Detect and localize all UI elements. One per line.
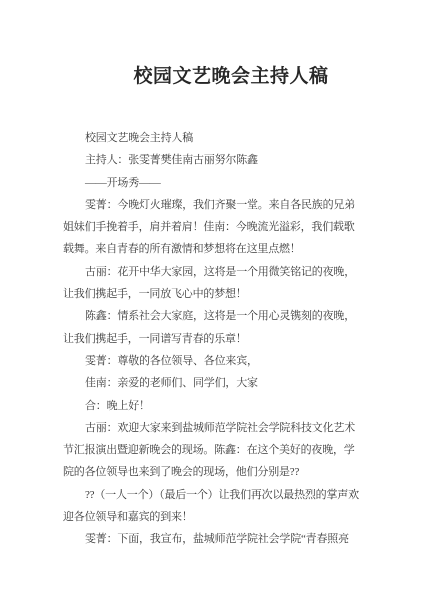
text-line: 载舞。来自青春的所有激情和梦想将在这里点燃！ xyxy=(63,238,361,260)
text-line: 主持人：张雯菁樊佳南古丽努尔陈鑫 xyxy=(63,149,361,171)
text-line: 让我们携起手，一同放飞心中的梦想！ xyxy=(63,283,361,305)
text-line: 迎各位领导和嘉宾的到来！ xyxy=(63,506,361,528)
text-line: 古丽：欢迎大家来到盐城师范学院社会学院科技文化艺术 xyxy=(63,417,361,439)
text-line: 让我们携起手，一同谱写青春的乐章！ xyxy=(63,328,361,350)
text-line: 古丽：花开中华大家园，这将是一个用微笑铭记的夜晚， xyxy=(63,261,361,283)
text-line: ——开场秀—— xyxy=(63,172,361,194)
text-line: 校园文艺晚会主持人稿 xyxy=(63,127,361,149)
document-page: 校园文艺晚会主持人稿 校园文艺晚会主持人稿主持人：张雯菁樊佳南古丽努尔陈鑫——开… xyxy=(0,0,424,600)
text-line: ??（一人一个）（最后一个）让我们再次以最热烈的掌声欢 xyxy=(63,484,361,506)
document-heading: 校园文艺晚会主持人稿 xyxy=(0,61,424,88)
text-line: 姐妹们手挽着手，肩并着肩！佳南：今晚流光溢彩，我们载歌 xyxy=(63,216,361,238)
document-body: 校园文艺晚会主持人稿主持人：张雯菁樊佳南古丽努尔陈鑫——开场秀——雯菁：今晚灯火… xyxy=(63,127,361,551)
text-line: 院的各位领导也来到了晚会的现场，他们分别是?? xyxy=(63,461,361,483)
text-line: 雯菁：尊敬的各位领导、各位来宾， xyxy=(63,350,361,372)
text-line: 合：晚上好！ xyxy=(63,395,361,417)
text-line: 雯菁：今晚灯火璀璨，我们齐聚一堂。来自各民族的兄弟 xyxy=(63,194,361,216)
text-line: 陈鑫：情系社会大家庭，这将是一个用心灵镌刻的夜晚， xyxy=(63,305,361,327)
text-line: 佳南：亲爱的老师们、同学们，大家 xyxy=(63,372,361,394)
text-line: 雯菁：下面，我宣布，盐城师范学院社会学院“青春照亮 xyxy=(63,528,361,550)
text-line: 节汇报演出暨迎新晚会的现场。陈鑫：在这个美好的夜晚，学 xyxy=(63,439,361,461)
